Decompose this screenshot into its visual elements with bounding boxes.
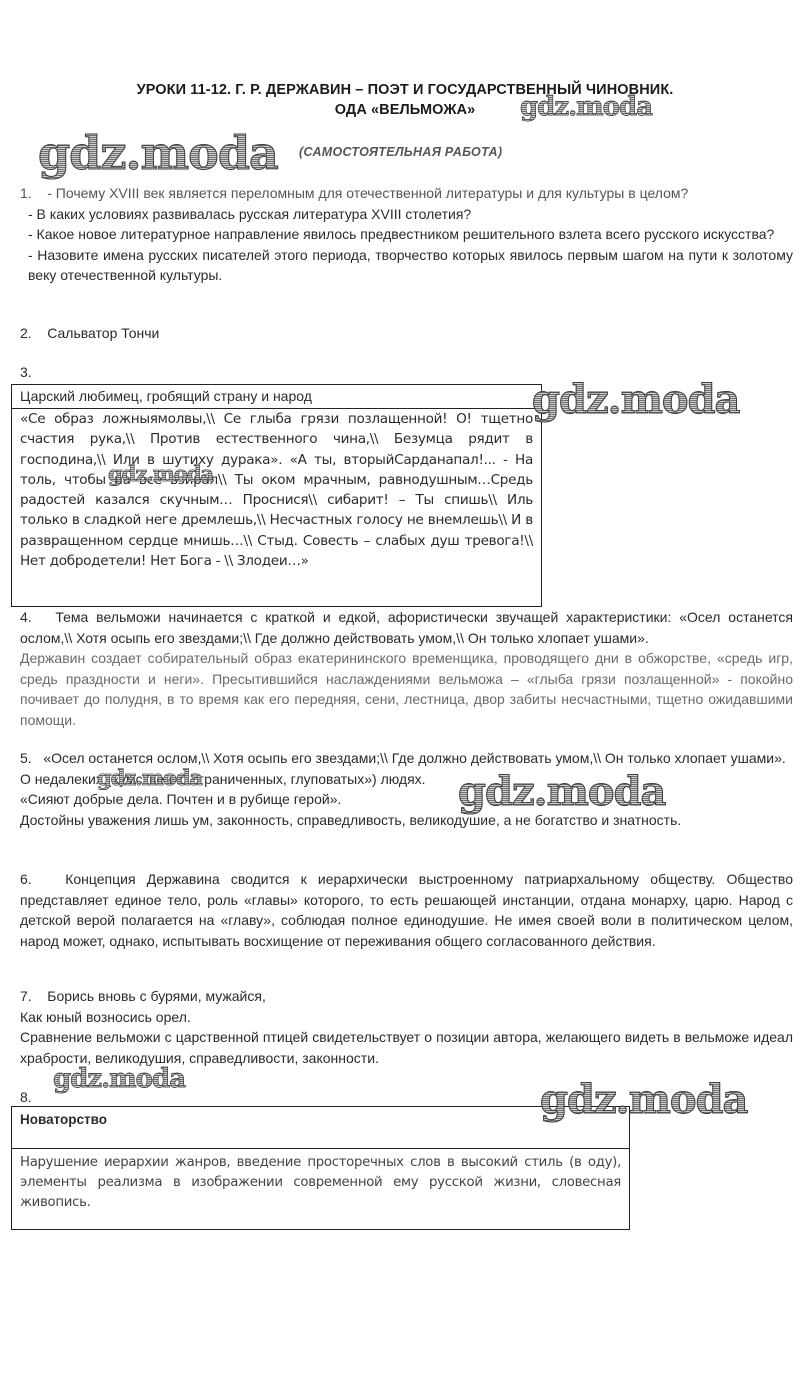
watermark-logo: gdz.moda [532,376,739,423]
answer-text: Державин создает собирательный образ ека… [20,648,793,730]
watermark-logo: gdz.moda [53,1064,185,1094]
poem-line: Как юный возносись орел. [20,1007,793,1028]
question-line: - В каких условиях развивалась русская л… [20,204,793,225]
section-number: 6. [20,871,32,887]
question-line: - Назовите имена русских писателей этого… [20,245,793,286]
page-title: УРОКИ 11-12. Г. Р. ДЕРЖАВИН – ПОЭТ И ГОС… [0,82,810,98]
section-number: 4. [20,609,32,625]
section-number: 7. [20,988,32,1004]
watermark-logo: gdz.moda [38,126,278,180]
section-3-table: Царский любимец, гробящий страну и народ… [11,384,542,607]
section-7: 7. Борись вновь с бурями, мужайся, Как ю… [20,986,793,1068]
section-number: 8. [20,1089,32,1105]
answer-text: Концепция Державина сводится к иерархиче… [20,871,793,949]
answer-text: Достойны уважения лишь ум, законность, с… [20,810,793,831]
section-number: 1. [20,185,32,201]
section-number: 5. [20,750,32,766]
section-1: 1. - Почему XVIII век является переломны… [20,183,793,286]
section-number: 3. [20,364,32,380]
table-cell: Нарушение иерархии жанров, введение прос… [12,1149,629,1213]
section-8-table: Новаторство Нарушение иерархии жанров, в… [11,1106,630,1230]
answer-text: «Осел останется ослом,\\ Хотя осыпь его … [43,750,785,766]
section-5: 5. «Осел останется ослом,\\ Хотя осыпь е… [20,748,793,830]
answer-text: Сальватор Тончи [47,325,159,341]
section-number: 2. [20,325,32,341]
answer-text: «Сияют добрые дела. Почтен и в рубище ге… [20,789,793,810]
section-6: 6. Концепция Державина сводится к иерарх… [20,869,793,951]
table-header: Царский любимец, гробящий страну и народ [12,385,541,409]
page-subtitle: (САМОСТОЯТЕЛЬНАЯ РАБОТА) [299,145,502,159]
page-title-ode: ОДА «ВЕЛЬМОЖА» [0,102,810,118]
answer-text: Тема вельможи начинается с краткой и едк… [20,609,793,646]
question-line: - Какое новое литературное направление я… [20,224,793,245]
answer-text: О недалеких («умственно ограниченных, гл… [20,769,793,790]
answer-text: Сравнение вельможи с царственной птицей … [20,1027,793,1068]
poem-line: Борись вновь с бурями, мужайся, [47,988,266,1004]
table-header: Новаторство [12,1107,629,1149]
question-line: - Почему XVIII век является переломным д… [47,185,688,201]
document-page: УРОКИ 11-12. Г. Р. ДЕРЖАВИН – ПОЭТ И ГОС… [0,0,810,1388]
section-2: 2. Сальватор Тончи [20,323,793,344]
table-cell: «Се образ ложныямолвы,\\ Се глыба грязи … [12,409,541,571]
section-4: 4. Тема вельможи начинается с краткой и … [20,607,793,730]
